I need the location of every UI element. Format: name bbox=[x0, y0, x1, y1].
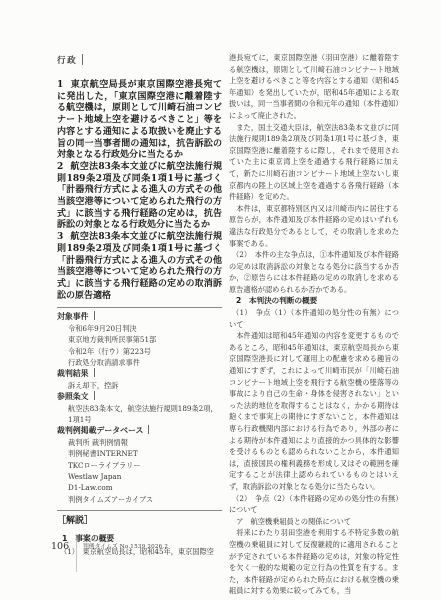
case-meta-block: 対象事件 令和6年9月20日判決 東京地方裁判所民事第51部 令和2年（行ウ）第… bbox=[57, 311, 222, 505]
footer-divider-bar bbox=[76, 541, 77, 572]
databases-label: 裁判例掲載データベース bbox=[57, 425, 222, 436]
subsection-heading: ア 航空機乗組員との関係について bbox=[229, 516, 399, 528]
headnote-number: 1 bbox=[57, 80, 63, 92]
subsection-heading: （2） 争点（2）（本件経路の定めの処分性の有無）について bbox=[229, 493, 399, 516]
body-paragraph: 本件通知は昭和45年通知の内容を変更するものであるところ，昭和45年通知は，東京… bbox=[229, 330, 399, 492]
category-text: 行政 bbox=[57, 56, 77, 66]
body-paragraph: 港長宛てに，東京国際空港（羽田空港）に離着陸する航空機は，原則として川崎石油コン… bbox=[229, 52, 399, 122]
case-item: 東京地方裁判所民事第51部 bbox=[68, 334, 222, 345]
page-number: 106 bbox=[51, 541, 69, 553]
body-paragraph: 将来にわたり羽田空港を利用する不特定多数の航空機の乗組員に対して反復継続的に適用… bbox=[229, 527, 399, 597]
headnote-list: 1東京航空局長が東京国際空港長宛てに発出した，「東京国際空港に離着陸する航空機は… bbox=[57, 80, 222, 302]
headnote-number: 3 bbox=[57, 232, 63, 244]
case-item: 令和6年9月20日判決 bbox=[68, 323, 222, 334]
category-divider-bar bbox=[82, 54, 83, 65]
database-item: TKCローライブラリー bbox=[68, 460, 222, 471]
section-divider bbox=[57, 307, 222, 308]
left-column: 行政 1東京航空局長が東京国際空港長宛てに発出した，「東京国際空港に離着陸する航… bbox=[57, 54, 222, 557]
result-item: 訴え却下，控訴 bbox=[68, 380, 222, 391]
body-paragraph: また，国土交通大臣は，航空法83条本文並びに同法施行規則189条2項及び同条1項… bbox=[229, 122, 399, 203]
label-divider-bar bbox=[94, 368, 95, 377]
refs-items: 航空法83条本文，航空法施行規則189条2項，1項1号 bbox=[57, 403, 222, 426]
database-item: D1-Law.com bbox=[68, 482, 222, 493]
refs-label: 参照条文 bbox=[57, 391, 222, 402]
headnote-text: 航空法83条本文並びに航空法施行規則189条2項及び同条1項1号に基づく「計器飛… bbox=[57, 162, 222, 231]
section-divider bbox=[57, 510, 222, 511]
case-label: 対象事件 bbox=[57, 311, 222, 322]
databases-label-text: 裁判例掲載データベース bbox=[57, 426, 143, 435]
label-divider-bar bbox=[94, 311, 95, 320]
journal-issue: 判例タイムズ No.1539 2026.2 bbox=[83, 543, 168, 551]
body-paragraph: 本件は，東京都特別区内又は川崎市内に居住する原告らが，本件通知及び本件経路の定め… bbox=[229, 203, 399, 249]
database-items: 裁判所 裁判例情報 判例秘書INTERNET TKCローライブラリー Westl… bbox=[57, 437, 222, 505]
headnote-text: 航空法83条本文並びに航空法施行規則189条2項及び同条1項1号に基づく「計器飛… bbox=[57, 232, 222, 301]
headnote: 1東京航空局長が東京国際空港長宛てに発出した，「東京国際空港に離着陸する航空機は… bbox=[57, 80, 222, 162]
headnote-text: 東京航空局長が東京国際空港長宛てに発出した，「東京国際空港に離着陸する航空機は，… bbox=[57, 80, 222, 160]
case-item: 行政処分取消請求事件 bbox=[68, 357, 222, 368]
case-item: 令和2年（行ウ）第223号 bbox=[68, 346, 222, 357]
section-heading: 2 本判決の判断の概要 bbox=[229, 295, 399, 307]
headnote: 2航空法83条本文並びに航空法施行規則189条2項及び同条1項1号に基づく「計器… bbox=[57, 162, 222, 232]
result-items: 訴え却下，控訴 bbox=[57, 380, 222, 391]
database-item: 判例秘書INTERNET bbox=[68, 448, 222, 459]
subsection-heading: （1） 争点（1）（本件通知の処分性の有無）について bbox=[229, 307, 399, 330]
headnote-number: 2 bbox=[57, 162, 63, 174]
headnote: 3航空法83条本文並びに航空法施行規則189条2項及び同条1項1号に基づく「計器… bbox=[57, 232, 222, 302]
database-item: Westlaw Japan bbox=[68, 471, 222, 482]
category-label: 行政 bbox=[57, 54, 222, 66]
database-item: 判例タイムズアーカイブス bbox=[68, 494, 222, 505]
case-label-text: 対象事件 bbox=[57, 312, 89, 321]
journal-page: 行政 1東京航空局長が東京国際空港長宛てに発出した，「東京国際空港に離着陸する航… bbox=[0, 0, 441, 600]
body-paragraph: （2） 本件の主な争点は，①本件通知及び本件経路の定めは取消訴訟の対象となる処分… bbox=[229, 249, 399, 295]
page-footer: 106 判例タイムズ No.1539 2026.2 bbox=[51, 541, 168, 572]
right-column: 港長宛てに，東京国際空港（羽田空港）に離着陸する航空機は，原則として川崎石油コン… bbox=[229, 52, 399, 597]
commentary-label: ［解説］ bbox=[57, 516, 222, 527]
case-items: 令和6年9月20日判決 東京地方裁判所民事第51部 令和2年（行ウ）第223号 … bbox=[57, 323, 222, 369]
label-divider-bar bbox=[148, 425, 149, 434]
result-label-text: 裁判結果 bbox=[57, 369, 89, 378]
label-divider-bar bbox=[94, 391, 95, 400]
database-item: 裁判所 裁判例情報 bbox=[68, 437, 222, 448]
refs-label-text: 参照条文 bbox=[57, 392, 89, 401]
refs-item: 航空法83条本文，航空法施行規則189条2項，1項1号 bbox=[68, 403, 222, 426]
result-label: 裁判結果 bbox=[57, 368, 222, 379]
